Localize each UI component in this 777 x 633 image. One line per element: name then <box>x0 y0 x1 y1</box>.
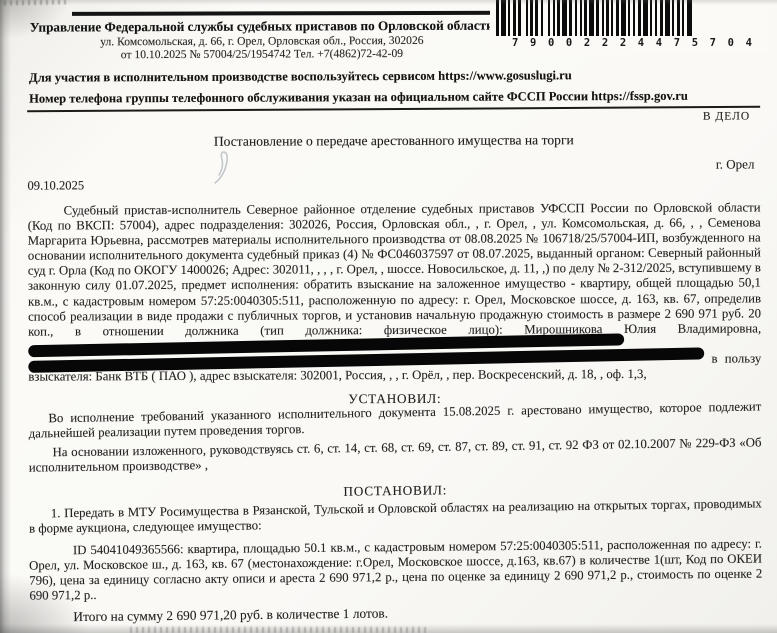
document-date: 09.10.2025 <box>27 175 760 193</box>
paragraph-ustanovil-2: На основании изложенного, руководствуясь… <box>28 436 761 476</box>
barcode: 79002224475704 <box>490 0 770 52</box>
paragraph-total: Итого на сумму 2 690 971,20 руб. в колич… <box>29 601 762 624</box>
barcode-digits: 79002224475704 <box>490 36 770 49</box>
main-paragraph-text: Судебный пристав-исполнитель Северное ра… <box>28 200 762 338</box>
notice-gosuslugi: Для участия в исполнительном производств… <box>29 67 760 84</box>
file-note: В ДЕЛО <box>27 110 760 125</box>
letterhead-org-name: Управление Федеральной службы судебных п… <box>27 18 497 35</box>
redaction-tail-text: в <box>711 352 717 366</box>
pen-mark <box>205 145 245 195</box>
scanned-document-page: 79002224475704 Управление Федеральной сл… <box>0 0 777 633</box>
letterhead: Управление Федеральной службы судебных п… <box>27 18 497 62</box>
letterhead-outgoing-number: от 10.10.2025 № 57004/25/1954742 Тел. +7… <box>27 47 497 62</box>
paragraph-lot-description: ID 54041049365566: квартира, площадью 50… <box>29 536 763 603</box>
main-paragraph: Судебный пристав-исполнитель Северное ра… <box>28 200 762 384</box>
document-city: г. Орел <box>27 156 760 175</box>
notice-phone: Номер телефона группы телефонного обслуж… <box>29 88 760 105</box>
document-title: Постановление о передаче арестованного и… <box>27 131 760 150</box>
barcode-bars <box>490 0 770 36</box>
document-content: Управление Федеральной службы судебных п… <box>0 0 777 633</box>
